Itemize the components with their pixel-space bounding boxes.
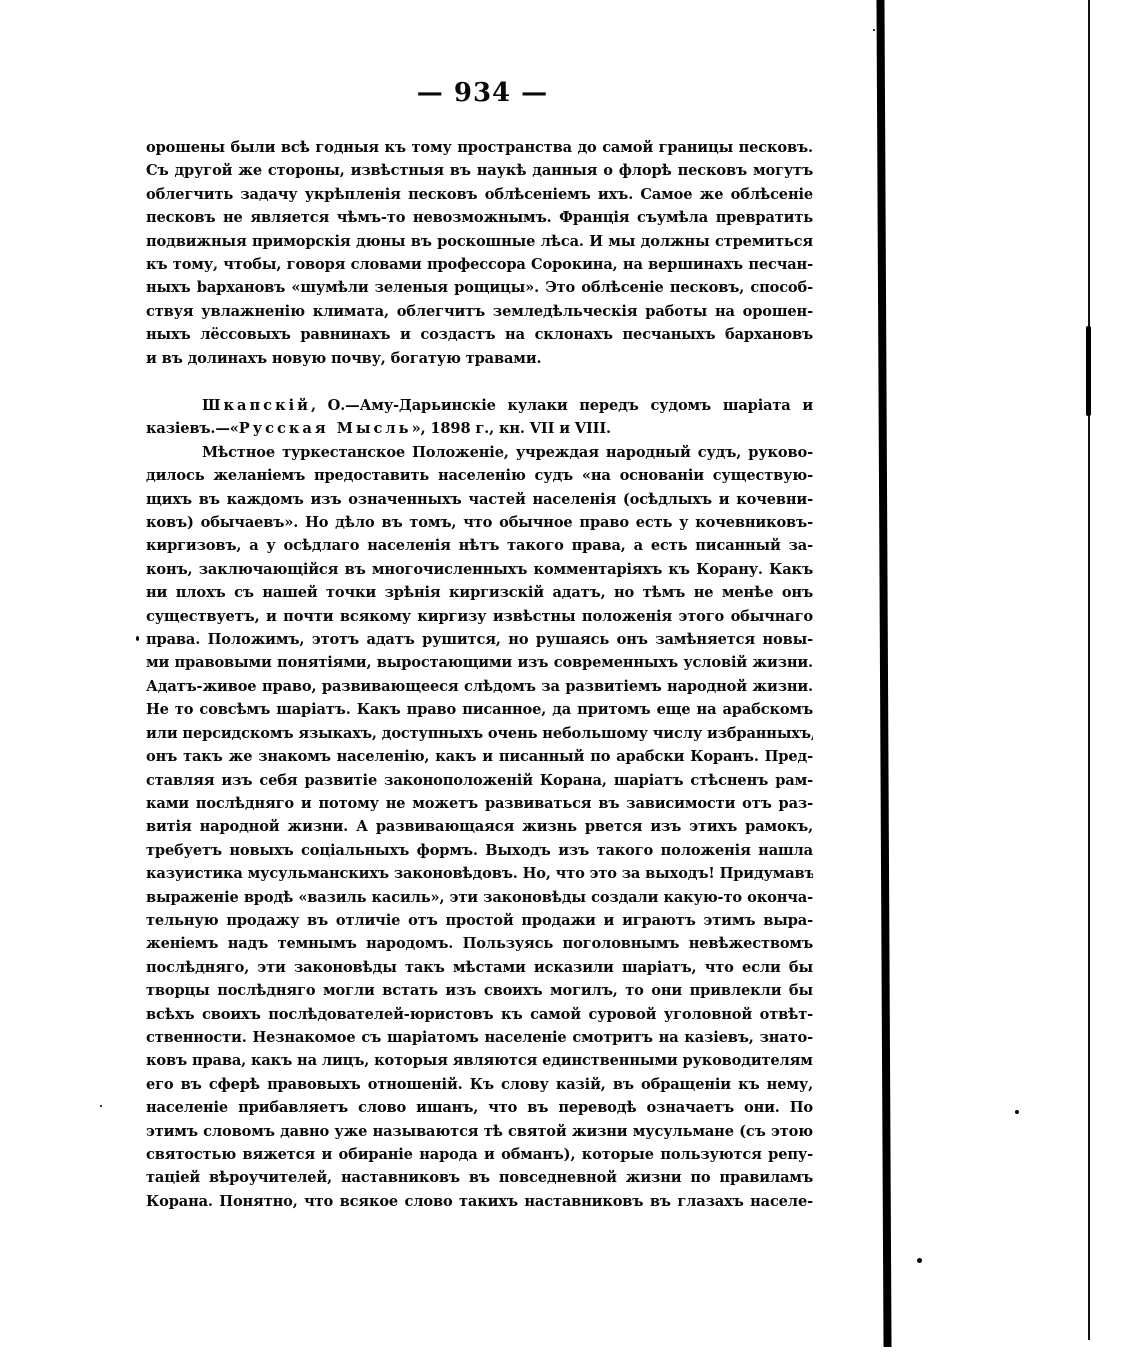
text-line: ковъ права, какъ на лицъ, которыя являют…	[146, 1049, 813, 1072]
scan-speck	[873, 29, 875, 31]
text-line: ныхъ bархановъ «шумѣли зеленыя рощицы». …	[146, 276, 813, 299]
text-line: Корана. Понятно, что всякое слово такихъ…	[146, 1190, 813, 1213]
page-edge-mark	[1086, 326, 1091, 416]
text-line: тельную продажу въ отличіе отъ простой п…	[146, 909, 813, 932]
text-line: ми правовыми понятіями, выростающими изъ…	[146, 651, 813, 674]
scan-speck	[136, 636, 139, 641]
text-line: выраженіе вродѣ «вазиль касиль», эти зак…	[146, 886, 813, 909]
text-line: ни плохъ съ нашей точки зрѣнія киргизскі…	[146, 581, 813, 604]
text-line: требуетъ новыхъ соціальныхъ формъ. Выход…	[146, 839, 813, 862]
text-line: орошены были всѣ годныя къ тому простран…	[146, 136, 813, 159]
text-line: Съ другой же стороны, извѣстныя въ наукѣ…	[146, 159, 813, 182]
text-line: Не то совсѣмъ шаріатъ. Какъ право писанн…	[146, 698, 813, 721]
citation-author: Шкапскій	[202, 397, 311, 414]
review-section: Шкапскій, О.—Аму-Дарьинскіе кулаки перед…	[146, 394, 813, 1213]
page-edge-line	[1088, 0, 1090, 1340]
text-line: конъ, заключающійся въ многочисленныхъ к…	[146, 558, 813, 581]
text-line: и въ долинахъ новую почву, богатую трава…	[146, 347, 813, 370]
scan-speck	[100, 1105, 102, 1107]
scanned-page: — 934 — орошены были всѣ годныя къ тому …	[0, 0, 1140, 1361]
text-line: дилось желаніемъ предоставить населенію …	[146, 464, 813, 487]
text-line: щихъ въ каждомъ изъ означенныхъ частей н…	[146, 488, 813, 511]
text-line: витія народной жизни. А развивающаяся жи…	[146, 815, 813, 838]
text-line: Мѣстное туркестанское Положеніе, учрежда…	[146, 441, 813, 464]
text-line: ствуя увлажненію климата, облегчитъ земл…	[146, 300, 813, 323]
text-line: ственности. Незнакомое съ шаріатомъ насе…	[146, 1026, 813, 1049]
citation-prefix: казіевъ.—«	[146, 420, 239, 437]
text-line: ковъ) обычаевъ». Но дѣло въ томъ, что об…	[146, 511, 813, 534]
text-line: ставляя изъ себя развитіе законоположені…	[146, 769, 813, 792]
text-line: подвижныя приморскія дюны въ роскошные л…	[146, 230, 813, 253]
citation-title: , О.—Аму-Дарьинскіе кулаки передъ судомъ…	[311, 397, 813, 414]
text-line: ныхъ лёссовыхъ равнинахъ и создастъ на с…	[146, 323, 813, 346]
citation-line-2: казіевъ.—«Русская Мысль», 1898 г., кн. V…	[146, 417, 813, 440]
text-line: женіемъ надъ темнымъ народомъ. Пользуясь…	[146, 932, 813, 955]
text-line: къ тому, чтобы, говоря словами профессор…	[146, 253, 813, 276]
scan-speck	[1015, 1110, 1019, 1114]
text-line: населеніе прибавляетъ слово ишанъ, что в…	[146, 1096, 813, 1119]
text-line: тацiей вѣроучителей, наставниковъ въ пов…	[146, 1166, 813, 1189]
text-line: всѣхъ своихъ послѣдователей-юристовъ къ …	[146, 1003, 813, 1026]
text-line: казуистика мусульманскихъ законовѣдовъ. …	[146, 862, 813, 885]
text-line: творцы послѣдняго могли встать изъ своих…	[146, 979, 813, 1002]
citation-issue: », 1898 г., кн. VII и VIII.	[412, 420, 611, 437]
text-line: этимъ словомъ давно уже называются тѣ св…	[146, 1120, 813, 1143]
text-line: киргизовъ, а у осѣдлаго населенія нѣтъ т…	[146, 534, 813, 557]
text-line: существуетъ, и почти всякому киргизу изв…	[146, 605, 813, 628]
paragraph-sand-afforestation: орошены были всѣ годныя къ тому простран…	[146, 136, 813, 370]
text-line: послѣдняго, эти законовѣды такъ мѣстами …	[146, 956, 813, 979]
page-binding-shadow	[876, 0, 891, 1347]
text-line: ками послѣдняго и потому не можетъ разви…	[146, 792, 813, 815]
text-line: его въ сферѣ правовыхъ отношеній. Къ сло…	[146, 1073, 813, 1096]
text-line: или персидскомъ языкахъ, доступныхъ очен…	[146, 722, 813, 745]
citation-journal: Русская Мысль	[239, 420, 412, 437]
text-line: святостью вяжется и обираніе народа и об…	[146, 1143, 813, 1166]
scan-speck	[917, 1258, 922, 1263]
text-line: права. Положимъ, этотъ адатъ рушится, но…	[146, 628, 813, 651]
citation-line-1: Шкапскій, О.—Аму-Дарьинскіе кулаки перед…	[146, 394, 813, 417]
text-line: Адатъ-живое право, развивающееся слѣдомъ…	[146, 675, 813, 698]
text-line: песковъ не является чѣмъ-то невозможнымъ…	[146, 206, 813, 229]
page-number: — 934 —	[0, 78, 965, 108]
text-line: облегчить задачу укрѣпленія песковъ облѣ…	[146, 183, 813, 206]
text-line: онъ такъ же знакомъ населенію, какъ и пи…	[146, 745, 813, 768]
